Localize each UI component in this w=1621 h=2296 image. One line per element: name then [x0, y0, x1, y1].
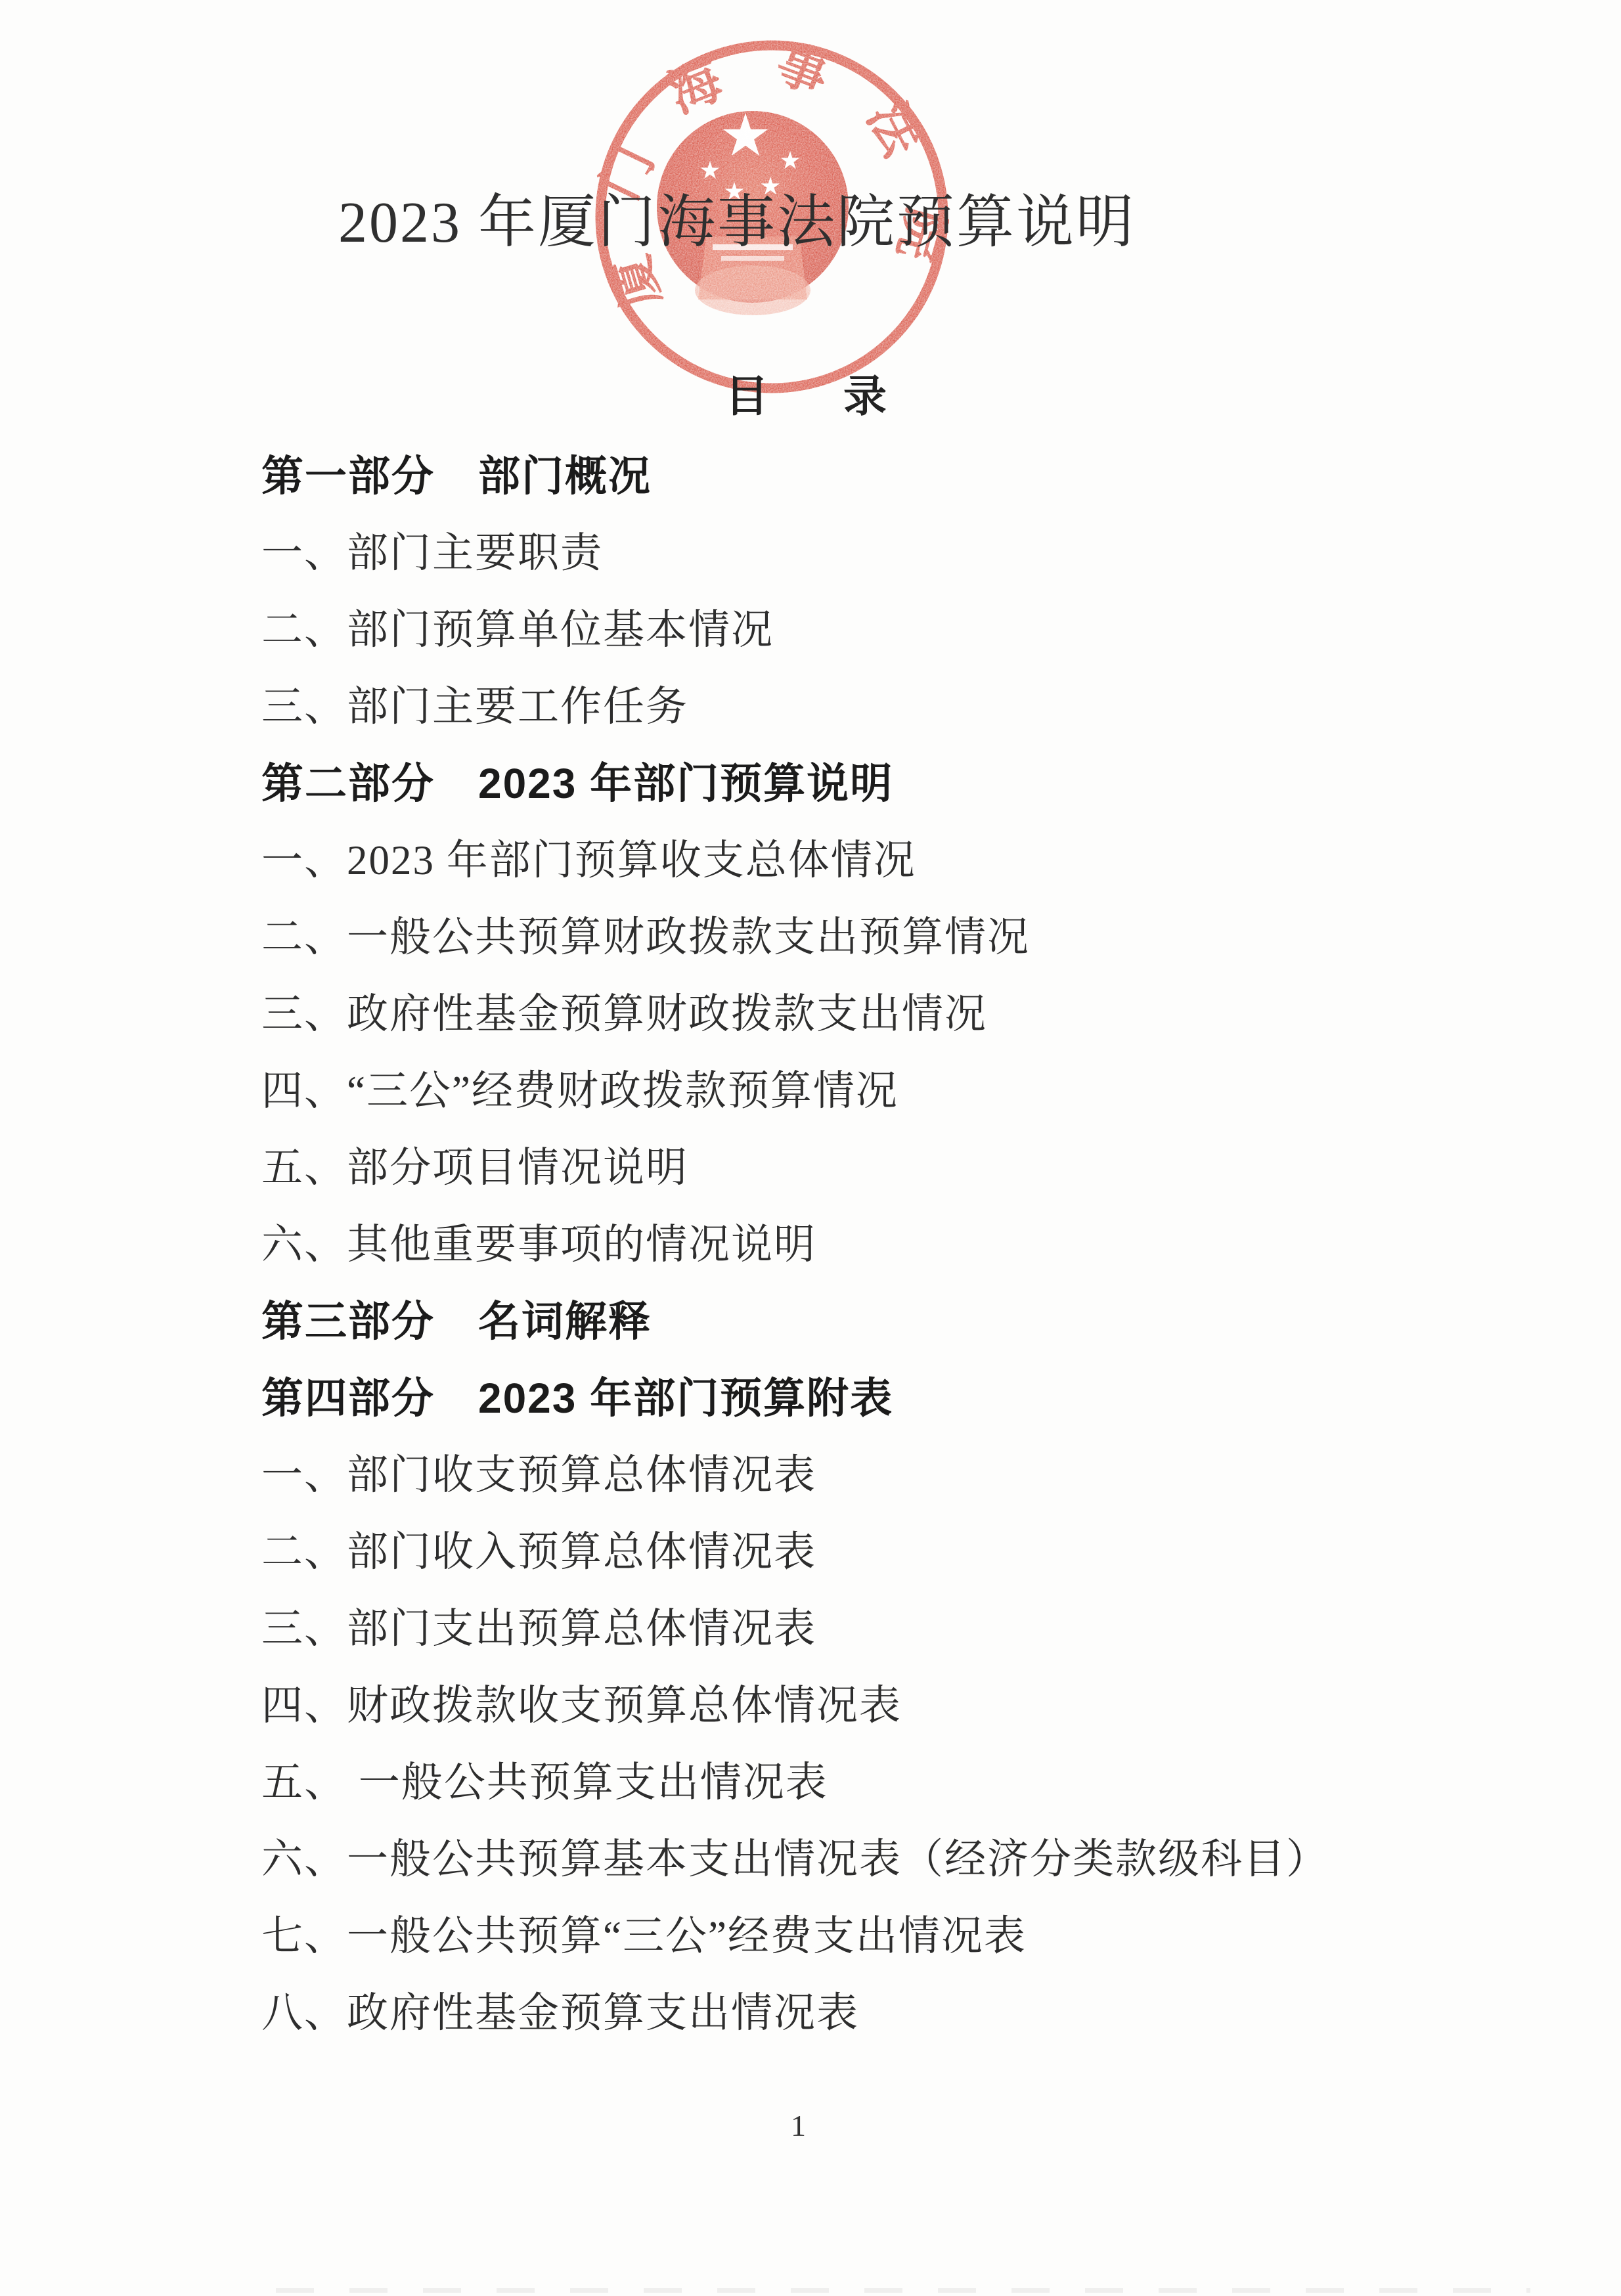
toc-item: 二、部门收入预算总体情况表: [261, 1530, 1329, 1607]
toc-heading: 目 录: [725, 374, 902, 418]
toc-item: 七、一般公共预算“三公”经费支出情况表: [261, 1914, 1329, 1991]
toc-section-heading: 第四部分 2023 年部门预算附表: [261, 1377, 1329, 1453]
document-page: 厦门海事法院 2023 年厦门海事法院预算说明 目 录 第一部分 部门概况一、部…: [0, 0, 1621, 2296]
toc-item: 八、政府性基金预算支出情况表: [261, 1991, 1329, 2068]
toc-section-heading: 第二部分 2023 年部门预算说明: [261, 762, 1329, 839]
document-title: 2023 年厦门海事法院预算说明: [338, 194, 1136, 252]
toc-item: 六、其他重要事项的情况说明: [261, 1223, 1329, 1300]
toc-item: 四、财政拨款收支预算总体情况表: [261, 1684, 1329, 1761]
toc-item: 三、部门主要工作任务: [261, 685, 1329, 762]
page-number: 1: [791, 2111, 806, 2141]
toc-item: 三、部门支出预算总体情况表: [261, 1607, 1329, 1684]
toc-item: 一、2023 年部门预算收支总体情况: [261, 839, 1329, 916]
toc-item: 一、部门收支预算总体情况表: [261, 1453, 1329, 1530]
toc-item: 一、部门主要职责: [261, 531, 1329, 608]
toc-item: 三、政府性基金预算财政拨款支出情况: [261, 992, 1329, 1069]
scan-artifact: [276, 2288, 1530, 2293]
toc-section-heading: 第一部分 部门概况: [261, 454, 1329, 531]
toc-item: 二、部门预算单位基本情况: [261, 608, 1329, 685]
toc-item: 五、 一般公共预算支出情况表: [261, 1761, 1329, 1838]
toc-item: 六、一般公共预算基本支出情况表（经济分类款级科目）: [261, 1838, 1329, 1914]
toc-section-heading: 第三部分 名词解释: [261, 1300, 1329, 1377]
toc-item: 四、“三公”经费财政拨款预算情况: [261, 1069, 1329, 1146]
toc-item: 五、部分项目情况说明: [261, 1146, 1329, 1223]
toc-list: 第一部分 部门概况一、部门主要职责二、部门预算单位基本情况三、部门主要工作任务第…: [261, 454, 1329, 2068]
toc-item: 二、一般公共预算财政拨款支出预算情况: [261, 916, 1329, 992]
